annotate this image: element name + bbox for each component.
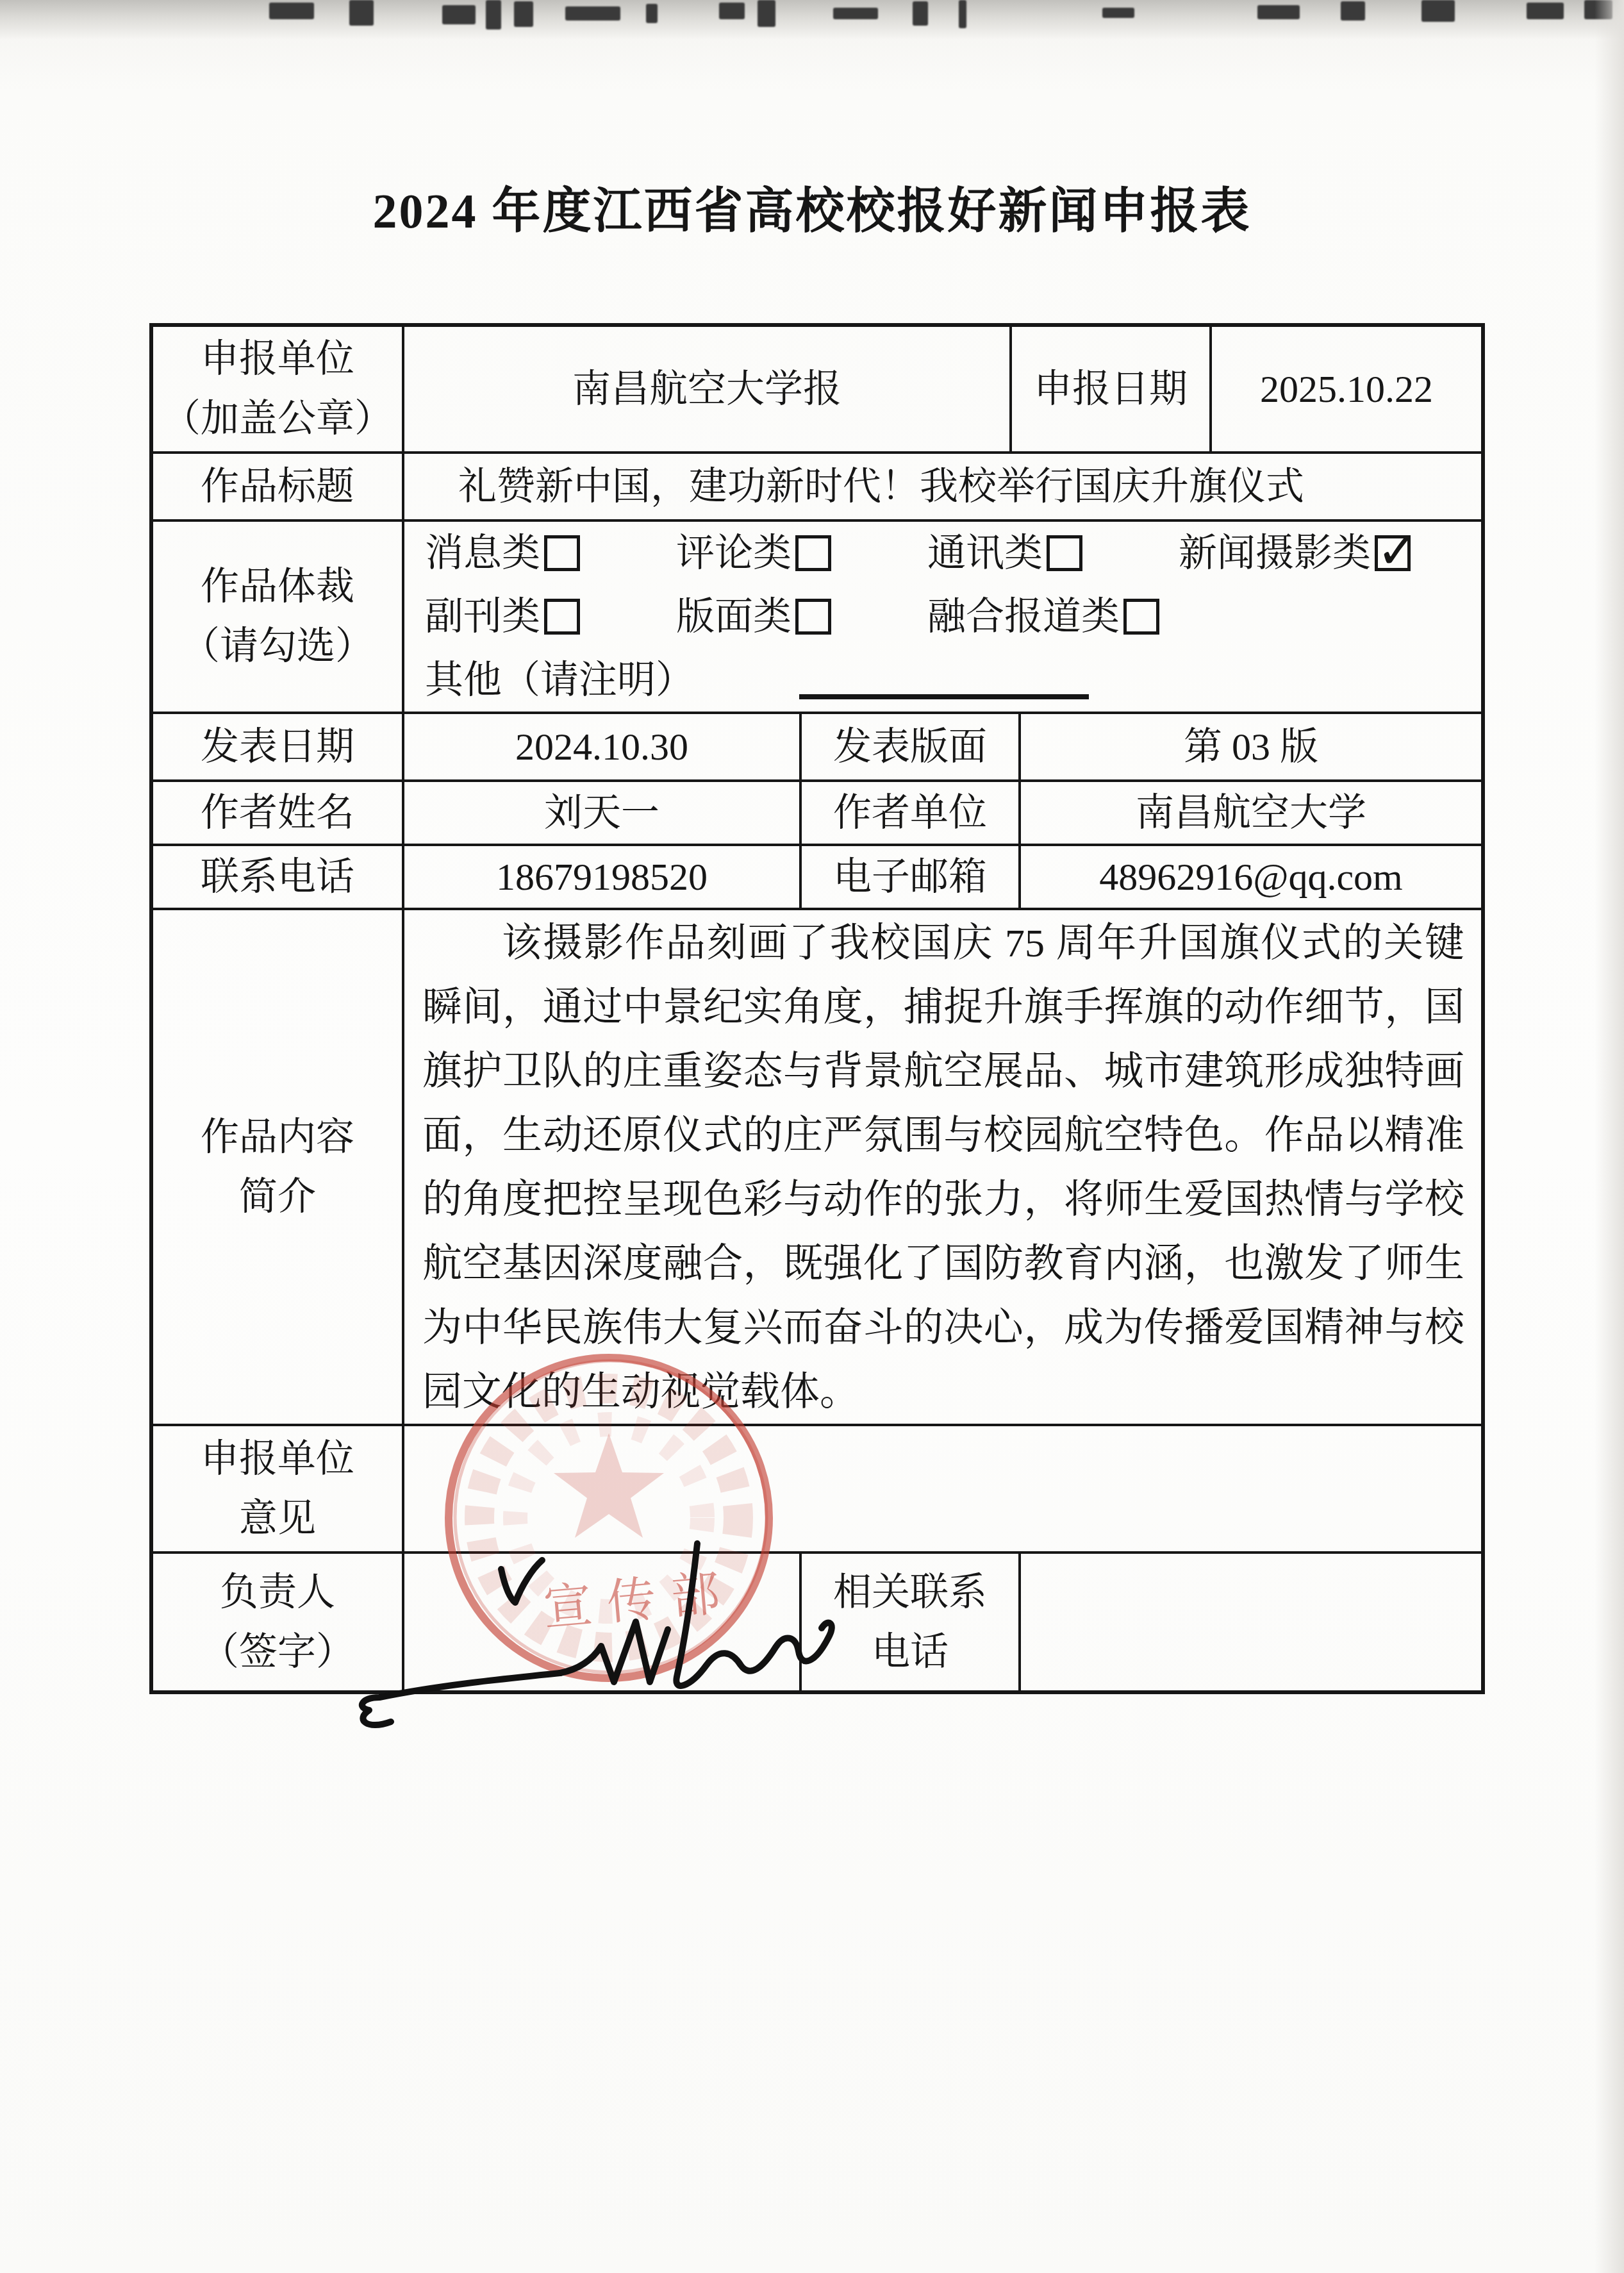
genre-option-news-photography: 新闻摄影类✓ xyxy=(1179,524,1411,582)
label-work-title: 作品标题 xyxy=(153,454,402,519)
label-declare-date: 申报日期 xyxy=(1009,327,1209,451)
scan-artifact xyxy=(758,0,775,27)
row-publish-date: 发表日期 2024.10.30 发表版面 第 03 版 xyxy=(153,712,1481,779)
label-author-name: 作者姓名 xyxy=(153,782,402,844)
checkbox-commentary[interactable] xyxy=(795,535,831,571)
genre-option-label: 副刊类 xyxy=(425,588,540,645)
genre-option-label: 新闻摄影类 xyxy=(1179,524,1371,582)
declare-unit-value: 南昌航空大学报 xyxy=(402,327,1009,451)
genre-other-blank-line xyxy=(799,694,1089,699)
label-contact-phone: 联系电话 xyxy=(153,846,402,908)
scanned-application-form-page: 2024 年度江西省高校校报好新闻申报表 申报单位 （加盖公章） 南昌航空大学报… xyxy=(0,0,1624,2273)
genre-line-1: 消息类 评论类 通讯类 新闻摄影类✓ xyxy=(425,522,1411,585)
row-contact-phone: 联系电话 18679198520 电子邮箱 48962916@qq.com xyxy=(153,844,1481,908)
genre-option-layout: 版面类 xyxy=(676,588,831,645)
genre-option-label: 评论类 xyxy=(676,524,791,582)
scan-artifact xyxy=(442,5,476,24)
scan-artifact xyxy=(514,1,533,27)
scan-artifact xyxy=(1102,8,1134,18)
checkbox-news-photography-checked[interactable]: ✓ xyxy=(1375,535,1411,571)
label-author-unit: 作者单位 xyxy=(799,782,1018,844)
row-content-summary: 作品内容 简介 该摄影作品刻画了我校国庆 75 周年升国旗仪式的关键瞬间，通过中… xyxy=(153,908,1481,1424)
related-phone-value xyxy=(1018,1554,1481,1690)
label-genre: 作品体裁 （请勾选） xyxy=(153,522,402,712)
label-email: 电子邮箱 xyxy=(799,846,1018,908)
label-publish-page: 发表版面 xyxy=(799,714,1018,779)
publish-date-value: 2024.10.30 xyxy=(402,714,799,779)
scan-artifact-edge-shade xyxy=(1595,0,1624,2273)
genre-option-commentary: 评论类 xyxy=(676,524,831,582)
scan-artifact xyxy=(1341,1,1365,21)
row-responsible-signature: 负责人 （签字） 相关联系 电话 xyxy=(153,1551,1481,1690)
scan-artifact xyxy=(959,0,966,28)
genre-option-label: 通讯类 xyxy=(927,524,1043,582)
author-unit-value: 南昌航空大学 xyxy=(1018,782,1481,844)
genre-line-2: 副刊类 版面类 融合报道类 xyxy=(425,585,1159,649)
label-related-phone: 相关联系 电话 xyxy=(799,1554,1018,1690)
checkbox-layout[interactable] xyxy=(795,599,831,635)
contact-phone-value: 18679198520 xyxy=(402,846,799,908)
content-summary-paragraph: 该摄影作品刻画了我校国庆 75 周年升国旗仪式的关键瞬间，通过中景纪实角度，捕捉… xyxy=(402,910,1481,1424)
row-unit-opinion: 申报单位 意见 xyxy=(153,1424,1481,1551)
label-publish-date: 发表日期 xyxy=(153,714,402,779)
page-title: 2024 年度江西省高校校报好新闻申报表 xyxy=(0,172,1624,242)
genre-option-supplement: 副刊类 xyxy=(425,588,580,645)
genre-option-communication: 通讯类 xyxy=(927,524,1082,582)
author-name-value: 刘天一 xyxy=(402,782,799,844)
checkbox-news[interactable] xyxy=(544,535,580,571)
genre-options: 消息类 评论类 通讯类 新闻摄影类✓ 副刊类 版面类 融合报道类 其他（请注明） xyxy=(402,522,1481,712)
publish-page-value: 第 03 版 xyxy=(1018,714,1481,779)
scan-artifact xyxy=(349,0,374,26)
genre-option-news: 消息类 xyxy=(425,524,580,582)
genre-line-other: 其他（请注明） xyxy=(425,648,1089,712)
scan-artifact xyxy=(719,3,745,19)
scan-artifact xyxy=(913,1,928,26)
label-content-summary: 作品内容 简介 xyxy=(153,910,402,1424)
row-work-title: 作品标题 礼赞新中国，建功新时代！我校举行国庆升旗仪式 xyxy=(153,451,1481,519)
genre-option-integrated-report: 融合报道类 xyxy=(927,588,1159,645)
declare-date-value: 2025.10.22 xyxy=(1209,327,1481,451)
scan-artifact xyxy=(833,8,878,19)
label-declare-unit: 申报单位 （加盖公章） xyxy=(153,327,402,451)
row-genre: 作品体裁 （请勾选） 消息类 评论类 通讯类 新闻摄影类✓ 副刊类 版面类 融合… xyxy=(153,519,1481,712)
email-value: 48962916@qq.com xyxy=(1018,846,1481,908)
scan-artifact xyxy=(565,6,620,21)
work-title-value: 礼赞新中国，建功新时代！我校举行国庆升旗仪式 xyxy=(402,454,1481,519)
checkmark-icon: ✓ xyxy=(1377,514,1418,589)
scan-artifact xyxy=(1421,0,1455,22)
genre-option-label: 融合报道类 xyxy=(927,588,1120,645)
checkbox-communication[interactable] xyxy=(1047,535,1082,571)
label-unit-opinion: 申报单位 意见 xyxy=(153,1426,402,1551)
unit-opinion-value xyxy=(402,1426,1481,1551)
row-author-name: 作者姓名 刘天一 作者单位 南昌航空大学 xyxy=(153,779,1481,844)
row-declare-unit: 申报单位 （加盖公章） 南昌航空大学报 申报日期 2025.10.22 xyxy=(153,327,1481,451)
label-responsible-signature: 负责人 （签字） xyxy=(153,1554,402,1690)
scan-artifact-top-strip xyxy=(0,0,1624,40)
scan-artifact xyxy=(1257,5,1300,19)
checkbox-integrated-report[interactable] xyxy=(1123,599,1159,635)
checkbox-supplement[interactable] xyxy=(544,599,580,635)
scan-artifact xyxy=(1527,3,1564,19)
genre-option-label: 版面类 xyxy=(676,588,791,645)
scan-artifact xyxy=(646,4,658,23)
application-form-table: 申报单位 （加盖公章） 南昌航空大学报 申报日期 2025.10.22 作品标题… xyxy=(149,323,1485,1694)
scan-artifact xyxy=(269,3,314,19)
scan-artifact xyxy=(486,0,501,29)
signature-cell xyxy=(402,1554,799,1690)
genre-other-label: 其他（请注明） xyxy=(425,651,694,709)
genre-option-label: 消息类 xyxy=(425,524,540,582)
